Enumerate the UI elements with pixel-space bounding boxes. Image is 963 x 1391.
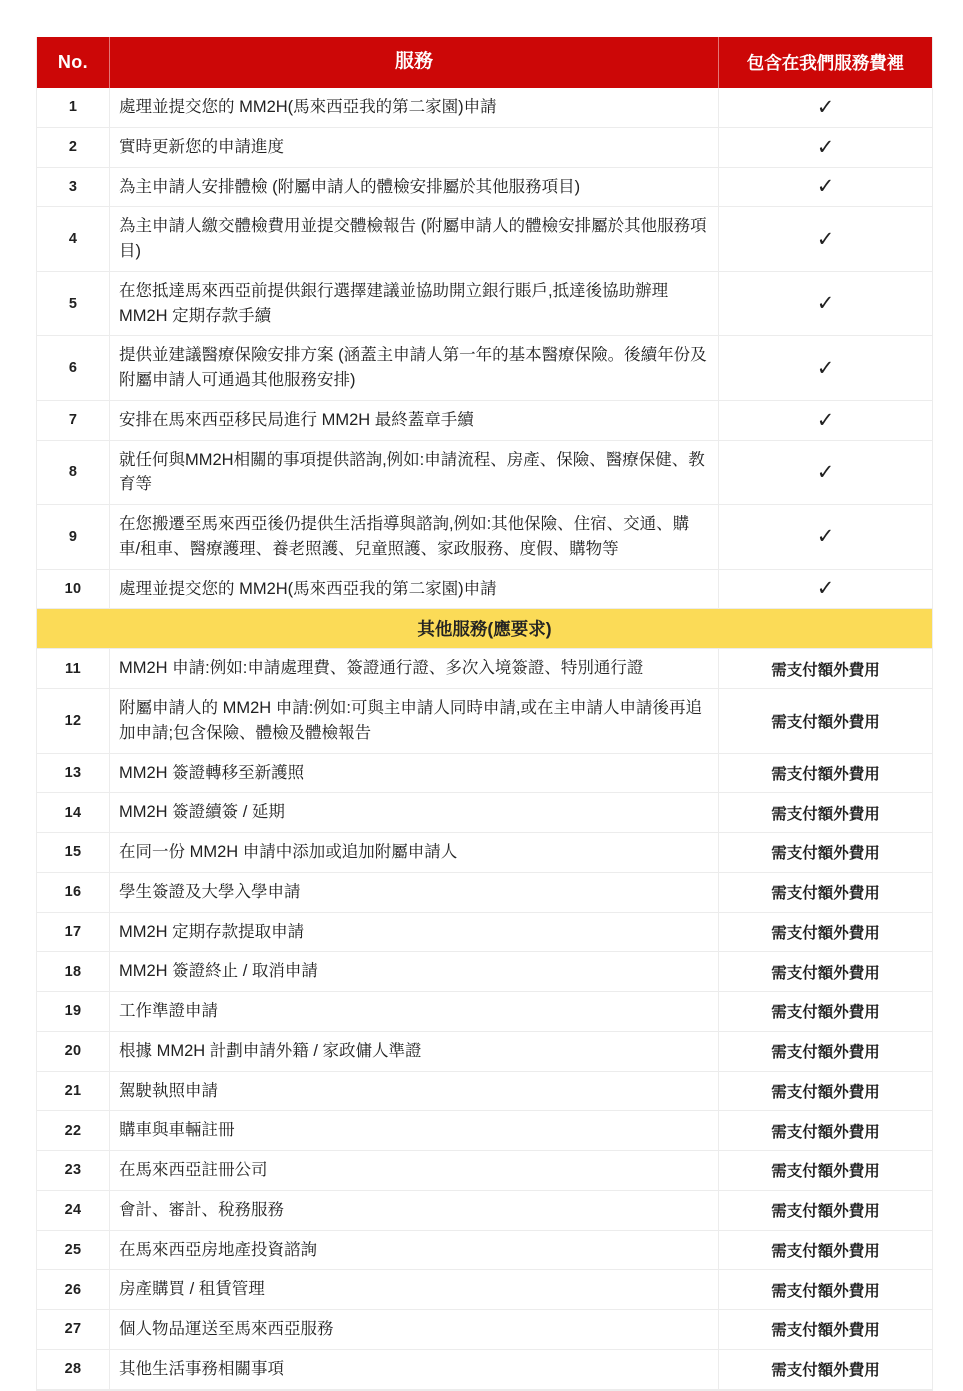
section-divider-row: 其他服務(應要求)	[37, 609, 932, 649]
row-number: 5	[37, 272, 110, 336]
service-label: MM2H 申請:例如:申請處理費、簽證通行證、多次入境簽證、特別通行證	[110, 649, 719, 688]
extra-fee-label: 需支付額外費用	[771, 1080, 880, 1102]
header-no: No.	[37, 37, 110, 88]
table-row: 21駕駛執照申請需支付額外費用	[37, 1072, 932, 1112]
included-cell: ✓	[719, 168, 932, 207]
included-cell: ✓	[719, 570, 932, 609]
service-label: 個人物品運送至馬來西亞服務	[110, 1310, 719, 1349]
included-cell: 需支付額外費用	[719, 913, 932, 952]
row-number: 20	[37, 1032, 110, 1071]
service-label: MM2H 定期存款提取申請	[110, 913, 719, 952]
row-number: 26	[37, 1270, 110, 1309]
service-label: 就任何與MM2H相關的事項提供諮詢,例如:申請流程、房產、保險、醫療保健、教育等	[110, 441, 719, 505]
row-number: 16	[37, 873, 110, 912]
included-cell: 需支付額外費用	[719, 1151, 932, 1190]
included-cell: ✓	[719, 88, 932, 127]
included-cell: 需支付額外費用	[719, 1270, 932, 1309]
included-cell: 需支付額外費用	[719, 689, 932, 753]
row-number: 4	[37, 207, 110, 271]
service-label: MM2H 簽證轉移至新護照	[110, 754, 719, 793]
table-row: 13MM2H 簽證轉移至新護照需支付額外費用	[37, 754, 932, 794]
extra-fee-label: 需支付額外費用	[771, 1040, 880, 1062]
service-label: 為主申請人繳交體檢費用並提交體檢報告 (附屬申請人的體檢安排屬於其他服務項目)	[110, 207, 719, 271]
service-label: 其他生活事務相關事項	[110, 1350, 719, 1389]
table-row: 5在您抵達馬來西亞前提供銀行選擇建議並協助開立銀行賬戶,抵達後協助辦理 MM2H…	[37, 272, 932, 337]
row-number: 25	[37, 1231, 110, 1270]
check-icon: ✓	[817, 578, 835, 599]
table-row: 28其他生活事務相關事項需支付額外費用	[37, 1350, 932, 1390]
service-label: 在馬來西亞房地產投資諮詢	[110, 1231, 719, 1270]
row-number: 23	[37, 1151, 110, 1190]
row-number: 18	[37, 952, 110, 991]
extra-fee-label: 需支付額外費用	[771, 802, 880, 824]
included-cell: ✓	[719, 207, 932, 271]
row-number: 10	[37, 570, 110, 609]
row-number: 7	[37, 401, 110, 440]
check-icon: ✓	[817, 137, 835, 158]
service-label: 附屬申請人的 MM2H 申請:例如:可與主申請人同時申請,或在主申請人申請後再追…	[110, 689, 719, 753]
table-row: 23在馬來西亞註冊公司需支付額外費用	[37, 1151, 932, 1191]
row-number: 24	[37, 1191, 110, 1230]
table-row: 20根據 MM2H 計劃申請外籍 / 家政傭人準證需支付額外費用	[37, 1032, 932, 1072]
table-row: 9在您搬遷至馬來西亞後仍提供生活指導與諮詢,例如:其他保險、住宿、交通、購車/租…	[37, 505, 932, 570]
included-cell: 需支付額外費用	[719, 793, 932, 832]
included-cell: 需支付額外費用	[719, 952, 932, 991]
extra-fee-label: 需支付額外費用	[771, 921, 880, 943]
service-label: 在馬來西亞註冊公司	[110, 1151, 719, 1190]
table-row: 18MM2H 簽證終止 / 取消申請需支付額外費用	[37, 952, 932, 992]
check-icon: ✓	[817, 293, 835, 314]
check-icon: ✓	[817, 176, 835, 197]
row-number: 9	[37, 505, 110, 569]
service-label: 在您抵達馬來西亞前提供銀行選擇建議並協助開立銀行賬戶,抵達後協助辦理 MM2H …	[110, 272, 719, 336]
extra-fee-label: 需支付額外費用	[771, 841, 880, 863]
table-row: 8就任何與MM2H相關的事項提供諮詢,例如:申請流程、房產、保險、醫療保健、教育…	[37, 441, 932, 506]
extra-fee-label: 需支付額外費用	[771, 881, 880, 903]
table-row: 14MM2H 簽證續簽 / 延期需支付額外費用	[37, 793, 932, 833]
table-row: 1處理並提交您的 MM2H(馬來西亞我的第二家園)申請✓	[37, 88, 932, 128]
row-number: 21	[37, 1072, 110, 1111]
service-label: 房產購買 / 租賃管理	[110, 1270, 719, 1309]
row-number: 17	[37, 913, 110, 952]
service-label: 學生簽證及大學入學申請	[110, 873, 719, 912]
row-number: 1	[37, 88, 110, 127]
service-label: 處理並提交您的 MM2H(馬來西亞我的第二家園)申請	[110, 570, 719, 609]
included-cell: 需支付額外費用	[719, 1191, 932, 1230]
service-label: 提供並建議醫療保險安排方案 (涵蓋主申請人第一年的基本醫療保險。後續年份及附屬申…	[110, 336, 719, 400]
extra-fee-label: 需支付額外費用	[771, 1279, 880, 1301]
included-cell: ✓	[719, 272, 932, 336]
check-icon: ✓	[817, 358, 835, 379]
row-number: 3	[37, 168, 110, 207]
included-cell: ✓	[719, 441, 932, 505]
service-label: 為主申請人安排體檢 (附屬申請人的體檢安排屬於其他服務項目)	[110, 168, 719, 207]
table-row: 12附屬申請人的 MM2H 申請:例如:可與主申請人同時申請,或在主申請人申請後…	[37, 689, 932, 754]
table-row: 7安排在馬來西亞移民局進行 MM2H 最終蓋章手續✓	[37, 401, 932, 441]
service-label: 安排在馬來西亞移民局進行 MM2H 最終蓋章手續	[110, 401, 719, 440]
service-label: 工作準證申請	[110, 992, 719, 1031]
extra-fee-label: 需支付額外費用	[771, 1000, 880, 1022]
table-row: 6提供並建議醫療保險安排方案 (涵蓋主申請人第一年的基本醫療保險。後續年份及附屬…	[37, 336, 932, 401]
table-row: 26房產購買 / 租賃管理需支付額外費用	[37, 1270, 932, 1310]
extra-fee-label: 需支付額外費用	[771, 762, 880, 784]
service-label: 在您搬遷至馬來西亞後仍提供生活指導與諮詢,例如:其他保險、住宿、交通、購車/租車…	[110, 505, 719, 569]
included-cell: 需支付額外費用	[719, 754, 932, 793]
check-icon: ✓	[817, 462, 835, 483]
service-label: 購車與車輛註冊	[110, 1111, 719, 1150]
extra-fee-label: 需支付額外費用	[771, 1120, 880, 1142]
services-table: No. 服務 包含在我們服務費裡 1處理並提交您的 MM2H(馬來西亞我的第二家…	[36, 37, 933, 1391]
row-number: 27	[37, 1310, 110, 1349]
table-body: 1處理並提交您的 MM2H(馬來西亞我的第二家園)申請✓2實時更新您的申請進度✓…	[37, 88, 932, 1390]
table-row: 16學生簽證及大學入學申請需支付額外費用	[37, 873, 932, 913]
service-label: 駕駛執照申請	[110, 1072, 719, 1111]
table-row: 10處理並提交您的 MM2H(馬來西亞我的第二家園)申請✓	[37, 570, 932, 610]
included-cell: 需支付額外費用	[719, 1350, 932, 1389]
row-number: 11	[37, 649, 110, 688]
extra-fee-label: 需支付額外費用	[771, 1199, 880, 1221]
included-cell: ✓	[719, 401, 932, 440]
check-icon: ✓	[817, 526, 835, 547]
table-row: 17MM2H 定期存款提取申請需支付額外費用	[37, 913, 932, 953]
included-cell: 需支付額外費用	[719, 649, 932, 688]
extra-fee-label: 需支付額外費用	[771, 1358, 880, 1380]
row-number: 8	[37, 441, 110, 505]
header-service: 服務	[110, 37, 719, 88]
service-label: 會計、審計、稅務服務	[110, 1191, 719, 1230]
included-cell: 需支付額外費用	[719, 1111, 932, 1150]
row-number: 12	[37, 689, 110, 753]
row-number: 22	[37, 1111, 110, 1150]
included-cell: 需支付額外費用	[719, 1072, 932, 1111]
check-icon: ✓	[817, 229, 835, 250]
extra-fee-label: 需支付額外費用	[771, 1159, 880, 1181]
included-cell: 需支付額外費用	[719, 1310, 932, 1349]
row-number: 19	[37, 992, 110, 1031]
row-number: 14	[37, 793, 110, 832]
extra-fee-label: 需支付額外費用	[771, 658, 880, 680]
extra-fee-label: 需支付額外費用	[771, 710, 880, 732]
table-row: 22購車與車輛註冊需支付額外費用	[37, 1111, 932, 1151]
included-cell: 需支付額外費用	[719, 873, 932, 912]
service-label: 處理並提交您的 MM2H(馬來西亞我的第二家園)申請	[110, 88, 719, 127]
row-number: 2	[37, 128, 110, 167]
service-label: MM2H 簽證終止 / 取消申請	[110, 952, 719, 991]
included-cell: 需支付額外費用	[719, 833, 932, 872]
extra-fee-label: 需支付額外費用	[771, 1318, 880, 1340]
service-label: 根據 MM2H 計劃申請外籍 / 家政傭人準證	[110, 1032, 719, 1071]
table-row: 4為主申請人繳交體檢費用並提交體檢報告 (附屬申請人的體檢安排屬於其他服務項目)…	[37, 207, 932, 272]
table-row: 27個人物品運送至馬來西亞服務需支付額外費用	[37, 1310, 932, 1350]
row-number: 15	[37, 833, 110, 872]
table-row: 3為主申請人安排體檢 (附屬申請人的體檢安排屬於其他服務項目)✓	[37, 168, 932, 208]
service-label: 實時更新您的申請進度	[110, 128, 719, 167]
section-divider-label: 其他服務(應要求)	[37, 609, 932, 648]
header-included: 包含在我們服務費裡	[719, 37, 932, 88]
table-row: 19工作準證申請需支付額外費用	[37, 992, 932, 1032]
table-row: 11MM2H 申請:例如:申請處理費、簽證通行證、多次入境簽證、特別通行證需支付…	[37, 649, 932, 689]
included-cell: ✓	[719, 336, 932, 400]
included-cell: ✓	[719, 128, 932, 167]
included-cell: 需支付額外費用	[719, 1032, 932, 1071]
service-label: MM2H 簽證續簽 / 延期	[110, 793, 719, 832]
table-header-row: No. 服務 包含在我們服務費裡	[37, 37, 932, 88]
extra-fee-label: 需支付額外費用	[771, 1239, 880, 1261]
check-icon: ✓	[817, 410, 835, 431]
row-number: 13	[37, 754, 110, 793]
table-row: 2實時更新您的申請進度✓	[37, 128, 932, 168]
check-icon: ✓	[817, 97, 835, 118]
table-row: 15在同一份 MM2H 申請中添加或追加附屬申請人需支付額外費用	[37, 833, 932, 873]
included-cell: 需支付額外費用	[719, 992, 932, 1031]
row-number: 6	[37, 336, 110, 400]
table-row: 25在馬來西亞房地產投資諮詢需支付額外費用	[37, 1231, 932, 1271]
extra-fee-label: 需支付額外費用	[771, 961, 880, 983]
included-cell: 需支付額外費用	[719, 1231, 932, 1270]
service-label: 在同一份 MM2H 申請中添加或追加附屬申請人	[110, 833, 719, 872]
included-cell: ✓	[719, 505, 932, 569]
row-number: 28	[37, 1350, 110, 1389]
table-row: 24會計、審計、稅務服務需支付額外費用	[37, 1191, 932, 1231]
